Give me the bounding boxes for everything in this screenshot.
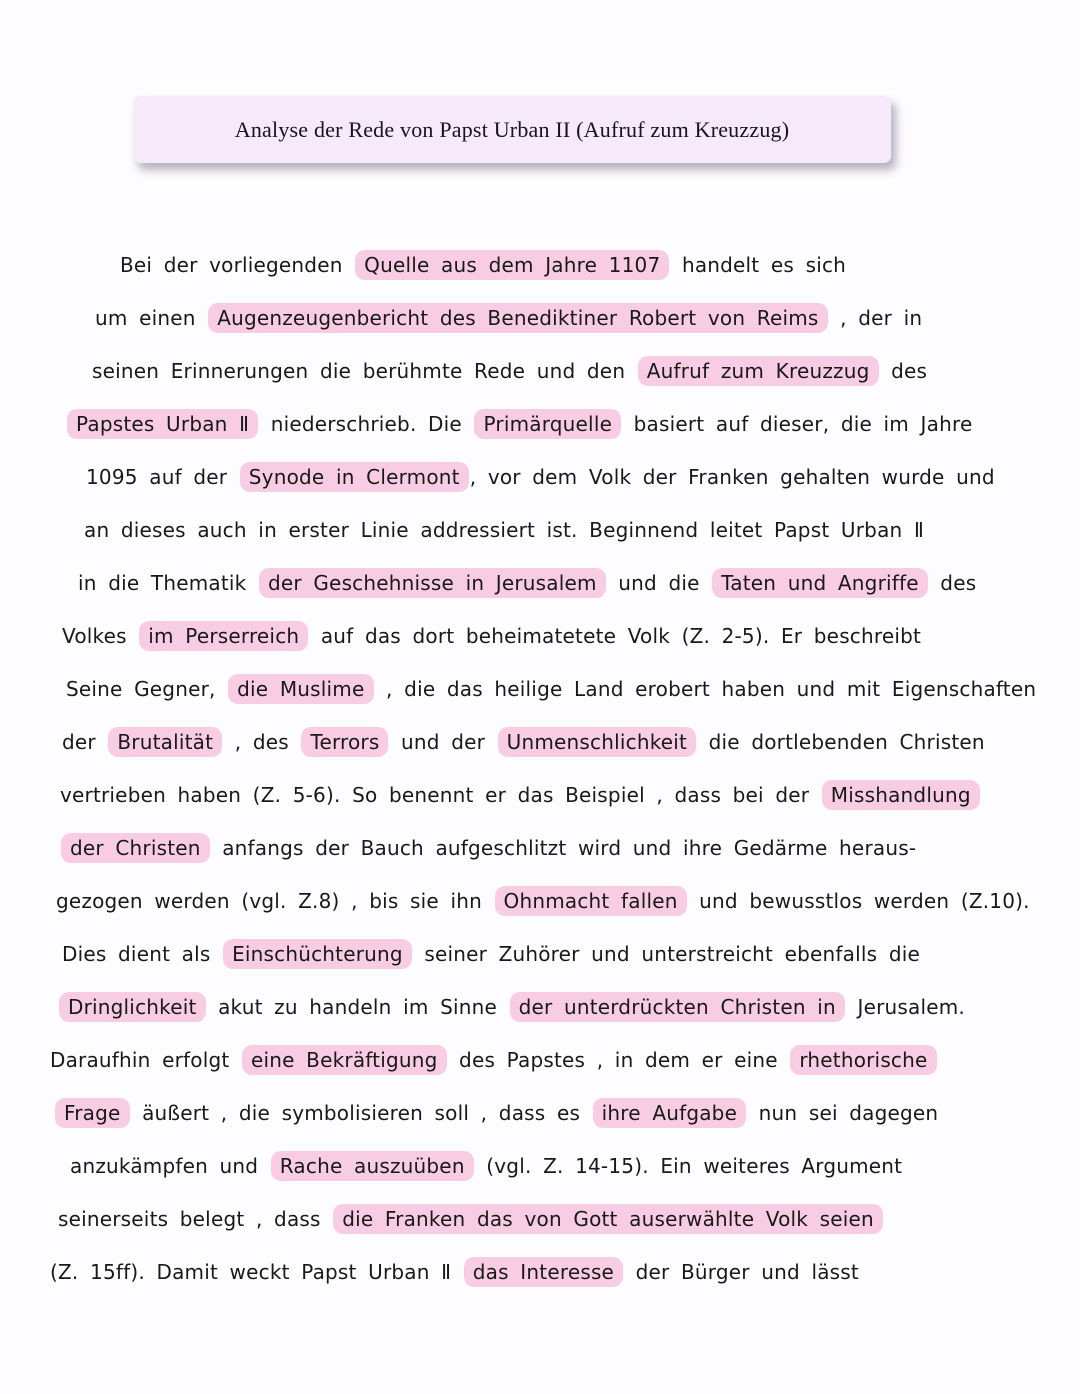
highlighted-text: Ohnmacht fallen [495, 886, 687, 916]
plain-text: 1095 auf der [86, 465, 239, 489]
plain-text: Daraufhin erfolgt [50, 1048, 241, 1072]
text-line: Daraufhin erfolgt eine Bekräftigung des … [0, 1033, 1080, 1086]
plain-text: der [62, 730, 107, 754]
highlighted-text: das Interesse [464, 1257, 623, 1287]
plain-text: anzukämpfen und [70, 1154, 270, 1178]
text-line: Seine Gegner, die Muslime , die das heil… [0, 662, 1080, 715]
plain-text: des [880, 359, 928, 383]
highlighted-text: Unmenschlichkeit [498, 727, 696, 757]
plain-text: (vgl. Z. 14-15). Ein weiteres Argument [475, 1154, 903, 1178]
plain-text: anfangs der Bauch aufgeschlitzt wird und… [211, 836, 917, 860]
plain-text: äußert , die symbolisieren soll , dass e… [131, 1101, 592, 1125]
text-line: in die Thematik der Geschehnisse in Jeru… [0, 556, 1080, 609]
highlighted-text: Augenzeugenbericht des Benediktiner Robe… [208, 303, 827, 333]
text-line: (Z. 15ff). Damit weckt Papst Urban Ⅱ das… [0, 1245, 1080, 1298]
text-line: gezogen werden (vgl. Z.8) , bis sie ihn … [0, 874, 1080, 927]
plain-text: akut zu handeln im Sinne [207, 995, 509, 1019]
text-line: um einen Augenzeugenbericht des Benedikt… [0, 291, 1080, 344]
plain-text: Seine Gegner, [66, 677, 227, 701]
plain-text: seinerseits belegt , dass [58, 1207, 332, 1231]
highlighted-text: die Muslime [228, 674, 373, 704]
highlighted-text: Quelle aus dem Jahre 1107 [355, 250, 669, 280]
highlighted-text: Misshandlung [822, 780, 980, 810]
highlighted-text: Taten und Angriffe [712, 568, 928, 598]
text-line: Frage äußert , die symbolisieren soll , … [0, 1086, 1080, 1139]
plain-text: des [929, 571, 977, 595]
plain-text: (Z. 15ff). Damit weckt Papst Urban Ⅱ [50, 1260, 463, 1284]
text-line: Volkes im Perserreich auf das dort behei… [0, 609, 1080, 662]
plain-text: Volkes [62, 624, 138, 648]
highlighted-text: Primärquelle [474, 409, 621, 439]
highlighted-text: Rache auszuüben [271, 1151, 474, 1181]
highlighted-text: Aufruf zum Kreuzzug [638, 356, 879, 386]
text-line: Dringlichkeit akut zu handeln im Sinne d… [0, 980, 1080, 1033]
text-line: anzukämpfen und Rache auszuüben (vgl. Z.… [0, 1139, 1080, 1192]
plain-text: Jerusalem. [846, 995, 965, 1019]
highlighted-text: Frage [55, 1098, 130, 1128]
plain-text: seiner Zuhörer und unterstreicht ebenfal… [413, 942, 920, 966]
plain-text: , des [223, 730, 300, 754]
plain-text: der Bürger und lässt [624, 1260, 859, 1284]
body-text: Bei der vorliegenden Quelle aus dem Jahr… [0, 238, 1080, 1298]
plain-text: , die das heilige Land erobert haben und… [375, 677, 1037, 701]
plain-text: vertrieben haben (Z. 5-6). So benennt er… [60, 783, 821, 807]
highlighted-text: der Geschehnisse in Jerusalem [259, 568, 606, 598]
plain-text: nun sei dagegen [747, 1101, 938, 1125]
text-line: Papstes Urban Ⅱ niederschrieb. Die Primä… [0, 397, 1080, 450]
page: Analyse der Rede von Papst Urban II (Auf… [0, 0, 1080, 1394]
text-line: der Christen anfangs der Bauch aufgeschl… [0, 821, 1080, 874]
highlighted-text: Einschüchterung [223, 939, 412, 969]
plain-text: gezogen werden (vgl. Z.8) , bis sie ihn [56, 889, 494, 913]
highlighted-text: eine Bekräftigung [242, 1045, 447, 1075]
text-line: seinen Erinnerungen die berühmte Rede un… [0, 344, 1080, 397]
plain-text: seinen Erinnerungen die berühmte Rede un… [92, 359, 637, 383]
text-line: 1095 auf der Synode in Clermont, vor dem… [0, 450, 1080, 503]
highlighted-text: ihre Aufgabe [593, 1098, 746, 1128]
title-box: Analyse der Rede von Papst Urban II (Auf… [133, 96, 891, 163]
plain-text: auf das dort beheimatetete Volk (Z. 2-5)… [309, 624, 921, 648]
plain-text: handelt es sich [670, 253, 846, 277]
plain-text: Bei der vorliegenden [120, 253, 354, 277]
highlighted-text: Brutalität [108, 727, 222, 757]
highlighted-text: der unterdrückten Christen in [510, 992, 845, 1022]
plain-text: basiert auf dieser, die im Jahre [622, 412, 972, 436]
plain-text: und bewusstlos werden (Z.10). [688, 889, 1030, 913]
text-line: Dies dient als Einschüchterung seiner Zu… [0, 927, 1080, 980]
highlighted-text: Terrors [301, 727, 388, 757]
plain-text: um einen [95, 306, 207, 330]
highlighted-text: im Perserreich [139, 621, 308, 651]
text-line: vertrieben haben (Z. 5-6). So benennt er… [0, 768, 1080, 821]
text-line: der Brutalität , des Terrors und der Unm… [0, 715, 1080, 768]
text-line: Bei der vorliegenden Quelle aus dem Jahr… [0, 238, 1080, 291]
plain-text: , vor dem Volk der Franken gehalten wurd… [470, 465, 995, 489]
plain-text: des Papstes , in dem er eine [448, 1048, 790, 1072]
plain-text: an dieses auch in erster Linie addressie… [84, 518, 924, 542]
highlighted-text: rhethorische [790, 1045, 936, 1075]
highlighted-text: die Franken das von Gott auserwählte Vol… [333, 1204, 883, 1234]
plain-text: Dies dient als [62, 942, 222, 966]
highlighted-text: Dringlichkeit [59, 992, 206, 1022]
plain-text: und der [389, 730, 496, 754]
page-title: Analyse der Rede von Papst Urban II (Auf… [235, 117, 790, 143]
plain-text: niederschrieb. Die [259, 412, 473, 436]
highlighted-text: Papstes Urban Ⅱ [67, 409, 258, 439]
text-line: seinerseits belegt , dass die Franken da… [0, 1192, 1080, 1245]
plain-text: in die Thematik [78, 571, 258, 595]
plain-text: , der in [829, 306, 923, 330]
highlighted-text: Synode in Clermont [240, 462, 469, 492]
highlighted-text: der Christen [61, 833, 210, 863]
plain-text: die dortlebenden Christen [697, 730, 985, 754]
text-line: an dieses auch in erster Linie addressie… [0, 503, 1080, 556]
plain-text: und die [607, 571, 711, 595]
